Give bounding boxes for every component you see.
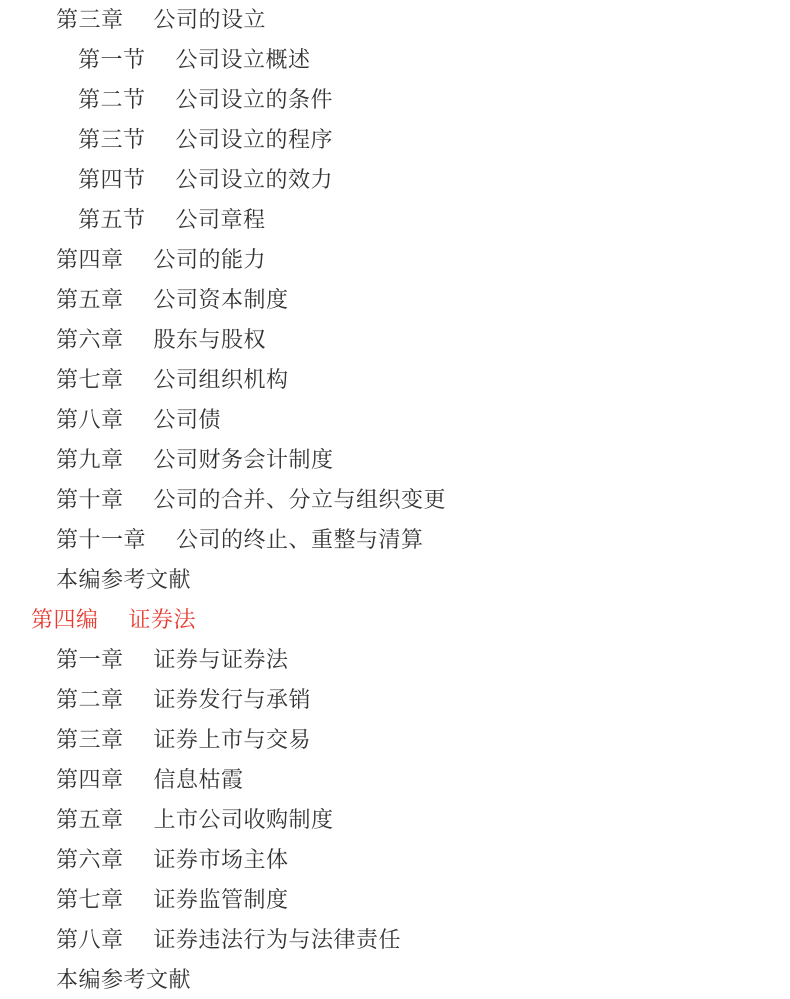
toc-entry-chapter[interactable]: 第八章公司债	[0, 400, 790, 440]
toc-entry-title: 公司设立的程序	[176, 127, 334, 152]
toc-entry-chapter[interactable]: 第一章证券与证券法	[0, 640, 790, 680]
toc-entry-title: 上市公司收购制度	[154, 807, 334, 832]
table-of-contents: 第三章公司的设立 第一节公司设立概述 第二节公司设立的条件 第三节公司设立的程序…	[0, 0, 790, 999]
toc-entry-title: 公司财务会计制度	[154, 447, 334, 472]
toc-entry-title: 本编参考文献	[56, 967, 191, 992]
toc-entry-chapter[interactable]: 第八章证券违法行为与法律责任	[0, 920, 790, 960]
toc-entry-chapter[interactable]: 第四章信息枯霞	[0, 760, 790, 800]
toc-entry-title: 证券发行与承销	[154, 687, 312, 712]
toc-entry-number: 第三章	[56, 7, 124, 32]
toc-entry-number: 第五节	[78, 207, 146, 232]
toc-entry-number: 第四章	[56, 247, 124, 272]
toc-entry-number: 第八章	[56, 407, 124, 432]
toc-entry-title: 公司设立的效力	[176, 167, 334, 192]
toc-entry-chapter[interactable]: 第九章公司财务会计制度	[0, 440, 790, 480]
toc-entry-chapter[interactable]: 第五章上市公司收购制度	[0, 800, 790, 840]
toc-entry-chapter[interactable]: 第七章公司组织机构	[0, 360, 790, 400]
toc-entry-number: 第九章	[56, 447, 124, 472]
toc-entry-chapter[interactable]: 第二章证券发行与承销	[0, 680, 790, 720]
toc-entry-part[interactable]: 第四编证券法	[0, 600, 790, 640]
toc-entry-chapter[interactable]: 第六章股东与股权	[0, 320, 790, 360]
toc-entry-number: 第三章	[56, 727, 124, 752]
toc-entry-title: 公司章程	[176, 207, 266, 232]
toc-entry-chapter[interactable]: 第六章证券市场主体	[0, 840, 790, 880]
toc-entry-title: 公司的合并、分立与组织变更	[154, 487, 447, 512]
toc-entry-number: 第六章	[56, 847, 124, 872]
toc-entry-title: 信息枯霞	[154, 767, 244, 792]
toc-entry-references[interactable]: 本编参考文献	[0, 560, 790, 600]
toc-entry-chapter[interactable]: 第三章证券上市与交易	[0, 720, 790, 760]
toc-entry-number: 第二节	[78, 87, 146, 112]
toc-entry-section[interactable]: 第三节公司设立的程序	[0, 120, 790, 160]
toc-entry-title: 本编参考文献	[56, 567, 191, 592]
toc-entry-number: 第七章	[56, 367, 124, 392]
toc-entry-section[interactable]: 第一节公司设立概述	[0, 40, 790, 80]
toc-entry-number: 第十一章	[56, 527, 146, 552]
toc-entry-title: 公司的终止、重整与清算	[176, 527, 424, 552]
toc-entry-number: 第一章	[56, 647, 124, 672]
toc-entry-number: 第二章	[56, 687, 124, 712]
toc-entry-chapter[interactable]: 第十章公司的合并、分立与组织变更	[0, 480, 790, 520]
toc-entry-references[interactable]: 本编参考文献	[0, 960, 790, 999]
toc-entry-title: 证券法	[129, 607, 197, 632]
toc-entry-title: 公司债	[154, 407, 222, 432]
toc-entry-number: 第五章	[56, 807, 124, 832]
toc-entry-chapter[interactable]: 第七章证券监管制度	[0, 880, 790, 920]
toc-entry-number: 第八章	[56, 927, 124, 952]
toc-entry-title: 公司设立的条件	[176, 87, 334, 112]
toc-entry-title: 公司的能力	[154, 247, 267, 272]
toc-entry-title: 证券监管制度	[154, 887, 289, 912]
toc-entry-title: 公司资本制度	[154, 287, 289, 312]
toc-entry-title: 公司组织机构	[154, 367, 289, 392]
toc-entry-number: 第四章	[56, 767, 124, 792]
toc-entry-number: 第一节	[78, 47, 146, 72]
toc-entry-section[interactable]: 第五节公司章程	[0, 200, 790, 240]
toc-entry-section[interactable]: 第四节公司设立的效力	[0, 160, 790, 200]
toc-entry-number: 第四编	[31, 607, 99, 632]
toc-entry-title: 股东与股权	[154, 327, 267, 352]
toc-entry-title: 证券违法行为与法律责任	[154, 927, 402, 952]
toc-entry-number: 第十章	[56, 487, 124, 512]
toc-entry-title: 证券上市与交易	[154, 727, 312, 752]
toc-entry-number: 第六章	[56, 327, 124, 352]
toc-entry-chapter[interactable]: 第五章公司资本制度	[0, 280, 790, 320]
toc-entry-title: 公司设立概述	[176, 47, 311, 72]
toc-entry-number: 第四节	[78, 167, 146, 192]
toc-entry-chapter[interactable]: 第三章公司的设立	[0, 0, 790, 40]
toc-entry-chapter[interactable]: 第十一章公司的终止、重整与清算	[0, 520, 790, 560]
toc-entry-title: 证券市场主体	[154, 847, 289, 872]
toc-entry-chapter[interactable]: 第四章公司的能力	[0, 240, 790, 280]
toc-entry-number: 第七章	[56, 887, 124, 912]
toc-entry-title: 证券与证券法	[154, 647, 289, 672]
toc-entry-section[interactable]: 第二节公司设立的条件	[0, 80, 790, 120]
toc-entry-number: 第三节	[78, 127, 146, 152]
toc-entry-number: 第五章	[56, 287, 124, 312]
toc-entry-title: 公司的设立	[154, 7, 267, 32]
